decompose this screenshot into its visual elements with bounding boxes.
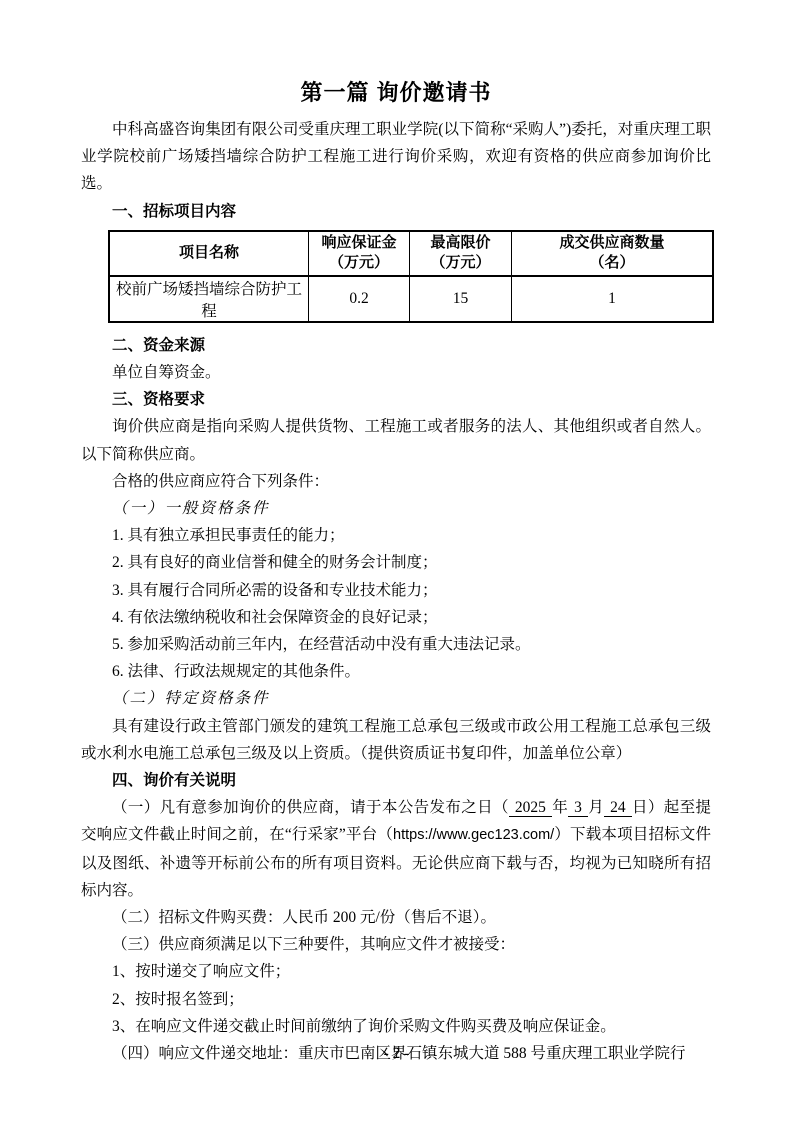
general-condition-item: 3. 具有履行合同所必需的设备和专业技术能力；	[81, 577, 711, 604]
cell-project-name: 校前广场矮挡墙综合防护工程	[109, 276, 309, 322]
section-1-heading: 一、招标项目内容	[81, 198, 711, 225]
section-3-paragraph-1: 询价供应商是指向采购人提供货物、工程施工或者服务的法人、其他组织或者自然人。以下…	[81, 413, 711, 467]
general-condition-item: 1. 具有独立承担民事责任的能力；	[81, 522, 711, 549]
header-cell-max-price: 最高限价 （万元）	[410, 231, 512, 276]
section-4-paragraph-2: （二）招标文件购买费：人民币 200 元/份（售后不退）。	[81, 904, 711, 931]
page-title: 第一篇 询价邀请书	[81, 78, 711, 108]
general-condition-item: 6. 法律、行政法规规定的其他条件。	[81, 658, 711, 685]
cell-deposit: 0.2	[309, 276, 410, 322]
paragraph-text: （一）凡有意参加询价的供应商，请于本公告发布之日（	[112, 799, 509, 816]
table-row: 校前广场矮挡墙综合防护工程 0.2 15 1	[109, 276, 713, 322]
header-cell-project-name: 项目名称	[109, 231, 309, 276]
header-cell-winner-count: 成交供应商数量 （名）	[512, 231, 714, 276]
header-text: 响应保证金	[311, 233, 407, 253]
section-2-body: 单位自筹资金。	[81, 359, 711, 386]
header-cell-deposit: 响应保证金 （万元）	[309, 231, 410, 276]
header-text: （万元）	[311, 253, 407, 273]
header-text: 最高限价	[412, 233, 509, 253]
section-4-paragraph-3: （三）供应商须满足以下三种要件，其响应文件才被接受：	[81, 931, 711, 958]
section-4-paragraph-1: （一）凡有意参加询价的供应商，请于本公告发布之日（2025年3月24日）起至提交…	[81, 794, 711, 904]
general-conditions-heading: （一）一般资格条件	[81, 495, 711, 522]
header-text: （名）	[514, 253, 710, 273]
cell-max-price: 15	[410, 276, 512, 322]
specific-conditions-heading: （二）特定资格条件	[81, 685, 711, 712]
general-condition-item: 4. 有依法缴纳税收和社会保障资金的良好记录；	[81, 604, 711, 631]
general-condition-item: 2. 具有良好的商业信誉和健全的财务会计制度；	[81, 549, 711, 576]
general-condition-item: 5. 参加采购活动前三年内，在经营活动中没有重大违法记录。	[81, 631, 711, 658]
tender-items-table: 项目名称 响应保证金 （万元） 最高限价 （万元） 成交供应商数量 （名）	[108, 230, 714, 323]
section-2-heading: 二、资金来源	[81, 332, 711, 359]
cell-winner-count: 1	[512, 276, 714, 322]
requirement-item: 2、按时报名签到；	[81, 986, 711, 1013]
header-text: 成交供应商数量	[514, 233, 710, 253]
paragraph-text: 年	[552, 799, 568, 816]
intro-paragraph: 中科高盛咨询集团有限公司受重庆理工职业学院(以下简称“采购人”)委托，对重庆理工…	[81, 116, 711, 198]
section-3-heading: 三、资格要求	[81, 386, 711, 413]
page-number: - 2 -	[0, 1045, 793, 1063]
specific-conditions-body: 具有建设行政主管部门颁发的建筑工程施工总承包三级或市政公用工程施工总承包三级或水…	[81, 713, 711, 767]
paragraph-text: 月	[588, 799, 604, 816]
document-page: 第一篇 询价邀请书 中科高盛咨询集团有限公司受重庆理工职业学院(以下简称“采购人…	[0, 0, 793, 1122]
requirement-item: 3、在响应文件递交截止时间前缴纳了询价采购文件购买费及响应保证金。	[81, 1013, 711, 1040]
section-4-heading: 四、询价有关说明	[81, 767, 711, 794]
announce-year-value: 2025	[509, 799, 552, 817]
requirement-item: 1、按时递交了响应文件；	[81, 958, 711, 985]
header-text: 项目名称	[112, 243, 306, 263]
announce-month-value: 3	[568, 799, 588, 817]
header-text: （万元）	[412, 253, 509, 273]
document-content: 第一篇 询价邀请书 中科高盛咨询集团有限公司受重庆理工职业学院(以下简称“采购人…	[81, 78, 711, 1067]
section-3-paragraph-2: 合格的供应商应符合下列条件：	[81, 468, 711, 495]
platform-url: https://www.gec123.com/	[393, 827, 554, 843]
announce-day-value: 24	[604, 799, 632, 817]
table-header-row: 项目名称 响应保证金 （万元） 最高限价 （万元） 成交供应商数量 （名）	[109, 231, 713, 276]
